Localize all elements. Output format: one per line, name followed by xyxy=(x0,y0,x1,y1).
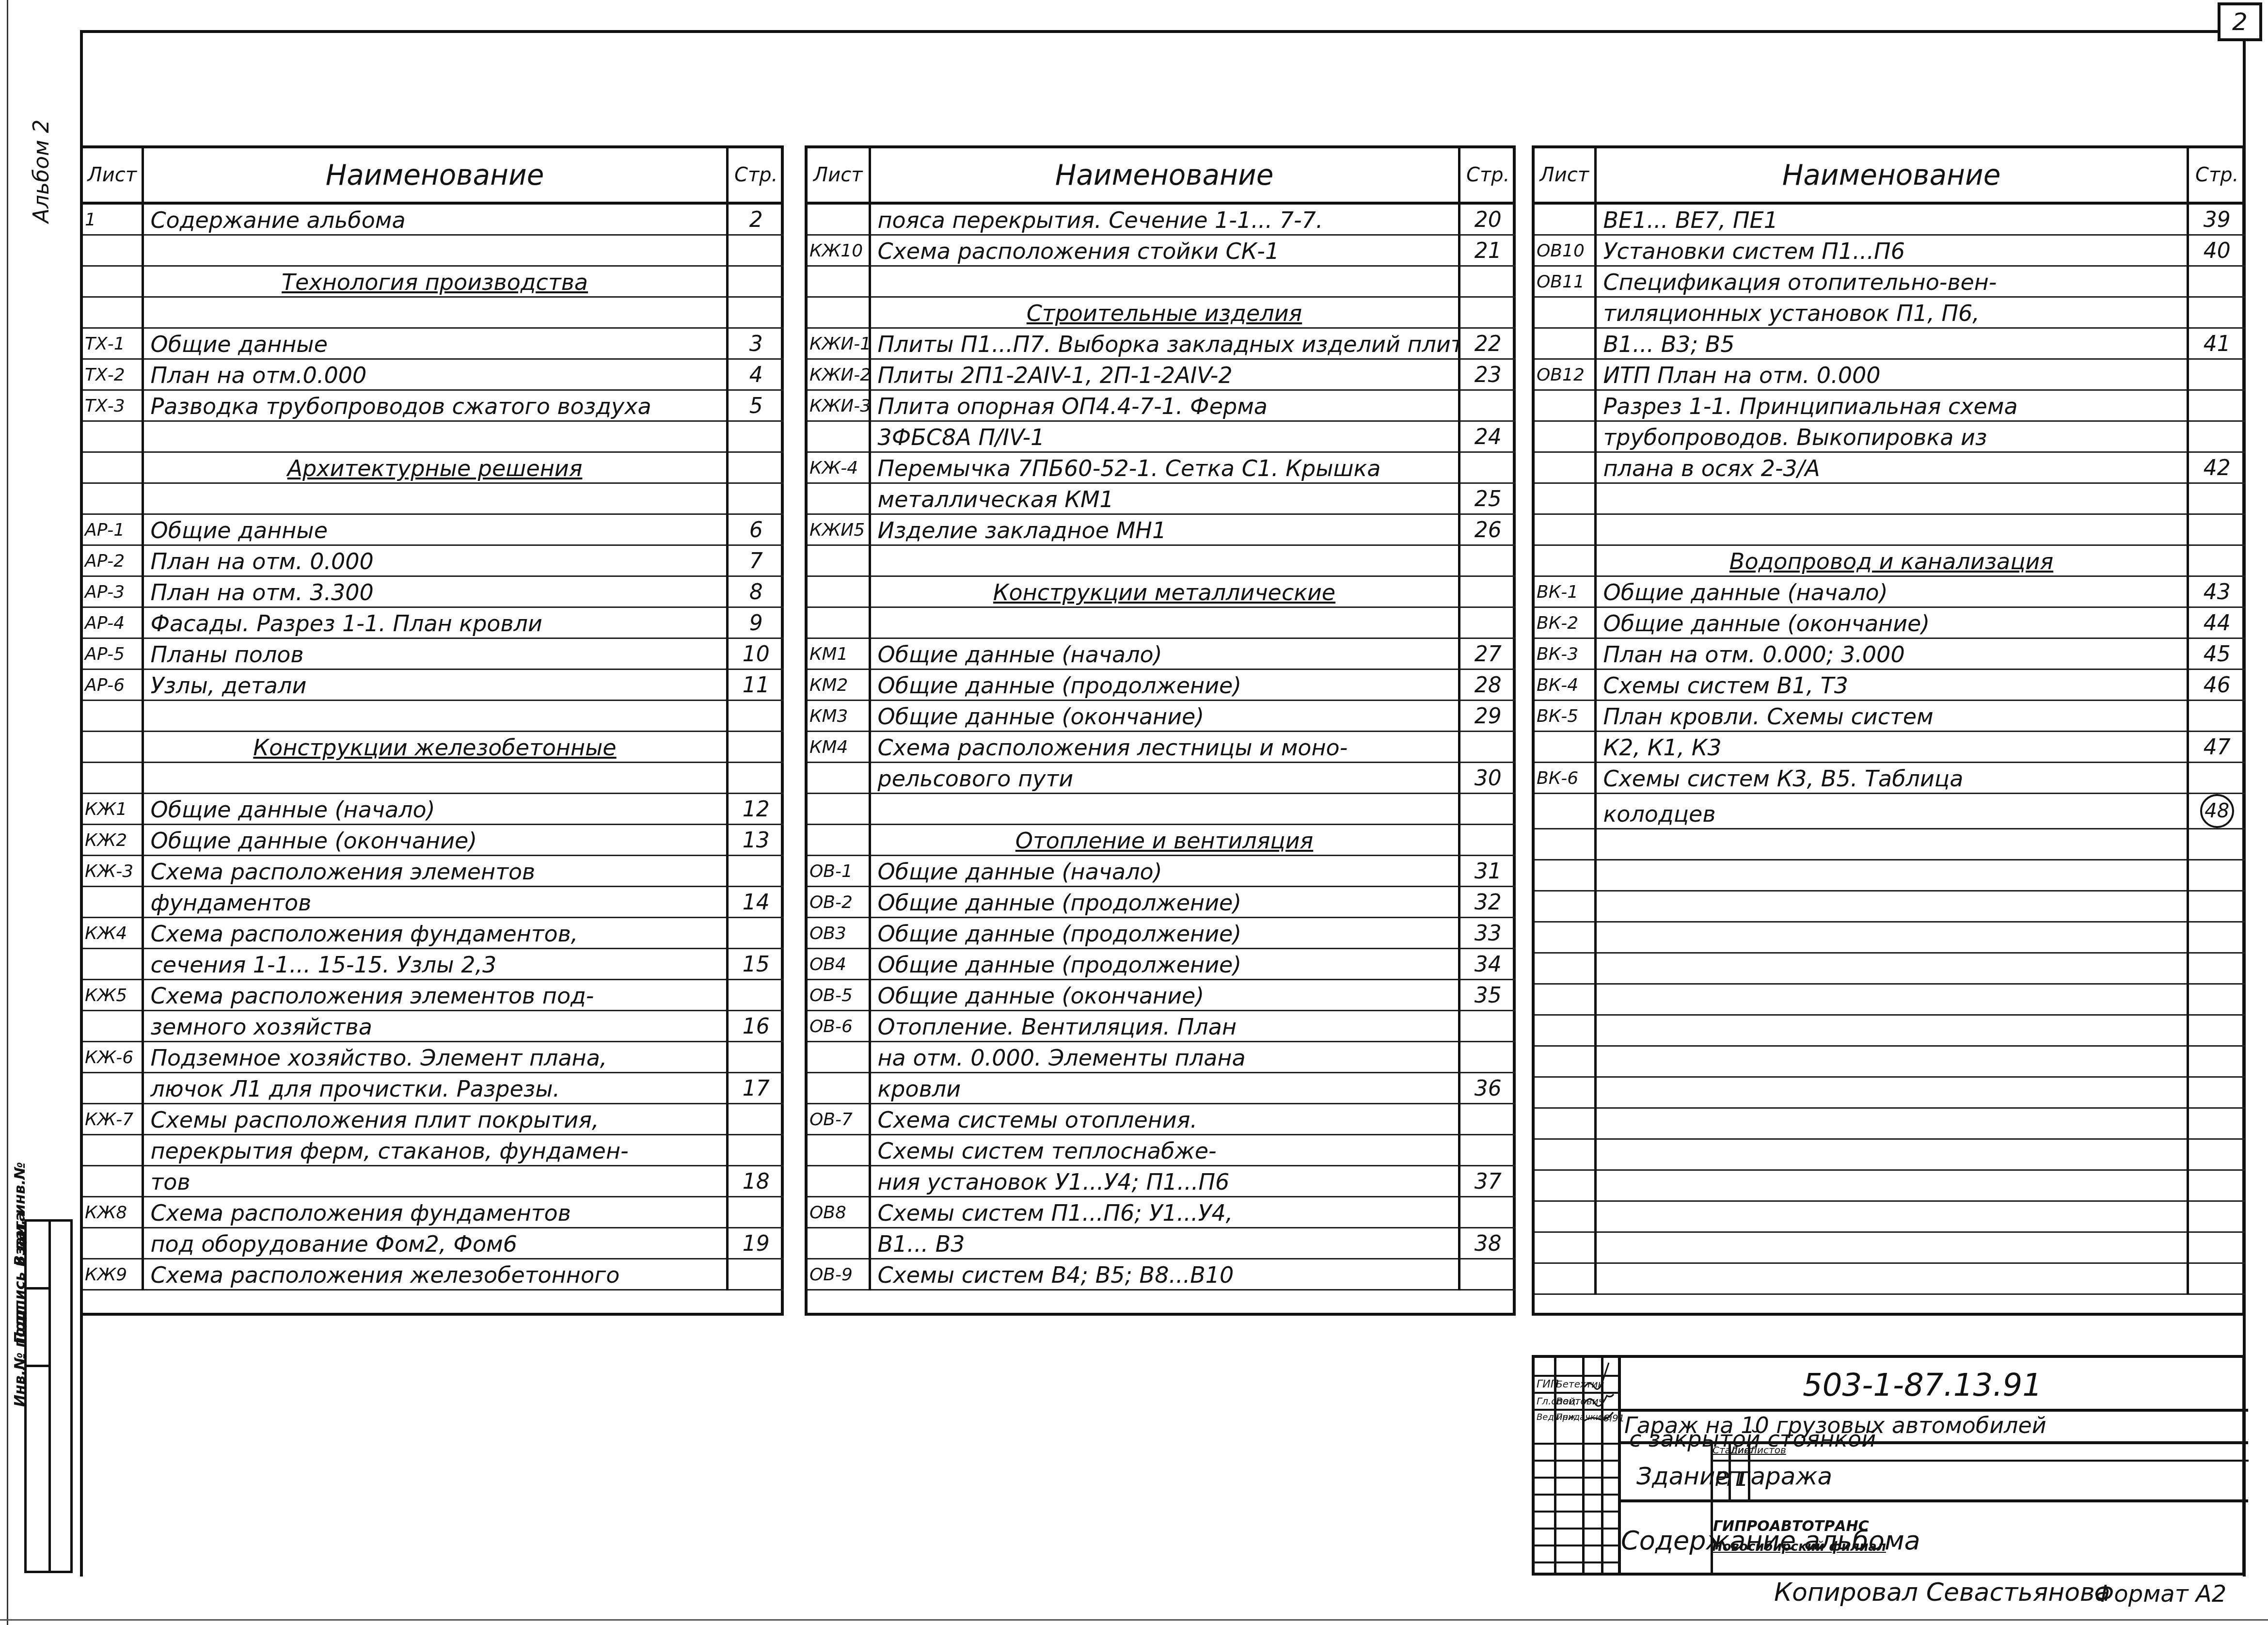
table-row: ТХ-1Общие данные3 xyxy=(83,328,784,359)
page-number-cell xyxy=(727,297,784,328)
item-name-cell: Общие данные xyxy=(143,328,727,359)
page-number-cell xyxy=(1459,297,1516,328)
table-row: ВК-4Схемы систем В1, Т346 xyxy=(1535,669,2245,701)
table-row: АР-4Фасады. Разрез 1-1. План кровли9 xyxy=(83,607,784,638)
table-row: КЖ-4Перемычка 7ПБ60-52-1. Сетка С1. Крыш… xyxy=(808,452,1516,483)
margin-stamp: Взам. инв.№ Подпись и дата Инв.№ подл. xyxy=(24,1219,73,1573)
page-number-cell xyxy=(1459,266,1516,297)
table-row: В1... В3; В541 xyxy=(1535,328,2245,359)
page-number-cell xyxy=(1459,1259,1516,1290)
sheet-code-cell xyxy=(83,887,143,918)
tb-hline xyxy=(1535,1528,1618,1529)
item-name-cell xyxy=(143,297,727,328)
page-number-cell: 47 xyxy=(2188,732,2245,763)
item-name-cell: плана в осях 2-3/А xyxy=(1595,452,2188,483)
table-row xyxy=(1535,984,2245,1015)
sheet-code-cell: ВК-5 xyxy=(1535,701,1595,732)
item-name-cell: Разрез 1-1. Принципиальная схема xyxy=(1595,390,2188,421)
page-number-cell: 12 xyxy=(727,794,784,825)
page-number-cell xyxy=(2188,1046,2245,1077)
page-number-cell xyxy=(727,1104,784,1135)
page-number-cell xyxy=(1459,1011,1516,1042)
page-number-cell xyxy=(2188,1201,2245,1232)
item-name-cell xyxy=(143,483,727,514)
table-row xyxy=(1535,1232,2245,1263)
page-number-cell: 45 xyxy=(2188,638,2245,669)
sheet-code-cell: ОВ-5 xyxy=(808,980,870,1011)
table-row xyxy=(83,763,784,794)
page-number-cell xyxy=(2188,266,2245,297)
sheet-code-cell xyxy=(83,452,143,483)
page-number-cell: 31 xyxy=(1459,856,1516,887)
item-name-cell: Общие данные (начало) xyxy=(870,856,1459,887)
page-number-cell xyxy=(1459,1042,1516,1073)
sheet-code-cell: КЖ1 xyxy=(83,794,143,825)
table-row: колодцев48 xyxy=(1535,794,2245,829)
sheet-code-cell xyxy=(808,266,870,297)
item-name-cell: Схема расположения фундаментов, xyxy=(143,918,727,949)
item-name-cell: Общие данные (продолжение) xyxy=(870,887,1459,918)
tb-hline xyxy=(1535,1477,1618,1479)
item-name-cell xyxy=(1595,1139,2188,1170)
sheet-code-cell xyxy=(808,1166,870,1197)
item-name-cell: Содержание альбома xyxy=(143,203,727,235)
page-number-cell: 34 xyxy=(1459,949,1516,980)
col-header-sheet: Лист xyxy=(808,148,870,203)
table-row: ОВ12ИТП План на отм. 0.000 xyxy=(1535,359,2245,390)
table-row xyxy=(1535,1077,2245,1108)
item-name-cell xyxy=(1595,1201,2188,1232)
page-number-cell: 24 xyxy=(1459,421,1516,452)
sheet-code-cell: ОВ8 xyxy=(808,1197,870,1228)
table-row xyxy=(1535,1015,2245,1046)
sheet-code-cell: АР-6 xyxy=(83,669,143,701)
table-row: КЖ10Схема расположения стойки СК-121 xyxy=(808,235,1516,266)
item-name-cell: Общие данные (продолжение) xyxy=(870,949,1459,980)
table-row: под оборудование Фом2, Фом619 xyxy=(83,1228,784,1259)
stamp-divider xyxy=(48,1222,51,1571)
sheet-label: Лист xyxy=(1730,1444,1748,1456)
sheet-code-cell xyxy=(1535,328,1595,359)
item-name-cell: земного хозяйства xyxy=(143,1011,727,1042)
sheet-code-cell: ВК-4 xyxy=(1535,669,1595,701)
page-number-cell: 15 xyxy=(727,949,784,980)
page-number-cell: 32 xyxy=(1459,887,1516,918)
sheet-code-cell xyxy=(83,701,143,732)
item-name-cell: Схема расположения лестницы и моно- xyxy=(870,732,1459,763)
sheet-code-cell: КЖ-7 xyxy=(83,1104,143,1135)
item-name-cell: Схемы систем П1...П6; У1...У4, xyxy=(870,1197,1459,1228)
item-name-cell: К2, К1, К3 xyxy=(1595,732,2188,763)
item-name-cell: трубопроводов. Выкопировка из xyxy=(1595,421,2188,452)
table-row xyxy=(1535,1263,2245,1294)
toc-table-3: Лист Наименование Стр. ВЕ1... ВЕ7, ПЕ139… xyxy=(1532,145,2245,1316)
item-name-cell: Схема расположения элементов xyxy=(143,856,727,887)
table-row: ОВ-6Отопление. Вентиляция. План xyxy=(808,1011,1516,1042)
table-row: фундаментов14 xyxy=(83,887,784,918)
sheet-code-cell xyxy=(83,949,143,980)
table-row: В1... В338 xyxy=(808,1228,1516,1259)
item-name-cell: Узлы, детали xyxy=(143,669,727,701)
sheet-edge-bottom xyxy=(0,1619,2268,1621)
page-number-cell xyxy=(2188,860,2245,891)
table-row: кровли36 xyxy=(808,1073,1516,1104)
table-row: К2, К1, К347 xyxy=(1535,732,2245,763)
page-number-cell xyxy=(2188,1077,2245,1108)
item-name-cell: Схемы систем теплоснабже- xyxy=(870,1135,1459,1166)
stamp-cell-signature-date: Подпись и дата xyxy=(27,1290,48,1367)
item-name-cell: кровли xyxy=(870,1073,1459,1104)
sheet-code-cell xyxy=(808,483,870,514)
table-row: АР-1Общие данные6 xyxy=(83,514,784,545)
sheet-code-cell xyxy=(1535,1108,1595,1139)
page-number-cell xyxy=(2188,891,2245,922)
table-row: КЖ9Схема расположения железобетонного xyxy=(83,1259,784,1290)
sheet-code-cell: КЖИ-2 xyxy=(808,359,870,390)
section-heading-row: Отопление и вентиляция xyxy=(808,825,1516,856)
table-row xyxy=(1535,1201,2245,1232)
section-heading-row: Водопровод и канализация xyxy=(1535,545,2245,576)
page-number-cell: 3 xyxy=(727,328,784,359)
sheet-code-cell: ОВ-6 xyxy=(808,1011,870,1042)
page-number-cell: 4 xyxy=(727,359,784,390)
table-row: ВК-3План на отм. 0.000; 3.00045 xyxy=(1535,638,2245,669)
sheet-code-cell xyxy=(1535,1077,1595,1108)
table-row: ния установок У1...У4; П1...П637 xyxy=(808,1166,1516,1197)
table-row: КЖ5Схема расположения элементов под- xyxy=(83,980,784,1011)
sheet-code-cell: ВК-2 xyxy=(1535,607,1595,638)
page-number-cell xyxy=(1459,732,1516,763)
item-name-cell: Схемы систем В1, Т3 xyxy=(1595,669,2188,701)
table-row: ОВ11Спецификация отопительно-вен- xyxy=(1535,266,2245,297)
section-heading-row: Конструкции металлические xyxy=(808,576,1516,607)
item-name-cell: Перемычка 7ПБ60-52-1. Сетка С1. Крышка xyxy=(870,452,1459,483)
table-row: КЖИ-1Плиты П1...П7. Выборка закладных из… xyxy=(808,328,1516,359)
sheet-code-cell: ОВ3 xyxy=(808,918,870,949)
page-number-cell xyxy=(1459,794,1516,825)
sheet-code-cell xyxy=(808,763,870,794)
item-name-cell: рельсового пути xyxy=(870,763,1459,794)
album-label: Альбом 2 xyxy=(29,120,54,223)
sheet-code-cell xyxy=(808,825,870,856)
sheet-code-cell: КЖ-3 xyxy=(83,856,143,887)
page-number-cell xyxy=(2188,763,2245,794)
table-row: КМ2Общие данные (продолжение)28 xyxy=(808,669,1516,701)
item-name-cell: на отм. 0.000. Элементы плана xyxy=(870,1042,1459,1073)
table-row: КЖ4Схема расположения фундаментов, xyxy=(83,918,784,949)
table-row: лючок Л1 для прочистки. Разрезы.17 xyxy=(83,1073,784,1104)
sheet-code-cell: КЖ4 xyxy=(83,918,143,949)
sheet-code-cell: ТХ-1 xyxy=(83,328,143,359)
item-name-cell: Общие данные (окончание) xyxy=(870,980,1459,1011)
table-row: ОВ-7Схема системы отопления. xyxy=(808,1104,1516,1135)
page-number-cell xyxy=(2188,297,2245,328)
item-name-cell xyxy=(1595,1046,2188,1077)
page-number-cell xyxy=(2188,1170,2245,1201)
sheet-code-cell: АР-2 xyxy=(83,545,143,576)
table-row: АР-5Планы полов10 xyxy=(83,638,784,669)
sheet-code-cell xyxy=(1535,390,1595,421)
section-heading-row: Конструкции железобетонные xyxy=(83,732,784,763)
section-title: Технология производства xyxy=(143,266,727,297)
item-name-cell: Схемы систем В4; В5; В8...В10 xyxy=(870,1259,1459,1290)
item-name-cell xyxy=(143,701,727,732)
item-name-cell: Общие данные (начало) xyxy=(143,794,727,825)
table-row xyxy=(1535,1046,2245,1077)
table-row: КЖ-6Подземное хозяйство. Элемент плана, xyxy=(83,1042,784,1073)
table-row xyxy=(1535,860,2245,891)
sheet-code-cell xyxy=(808,794,870,825)
section-heading-row: Архитектурные решения xyxy=(83,452,784,483)
table-row xyxy=(83,297,784,328)
page-number-cell xyxy=(2188,1263,2245,1294)
table-row xyxy=(1535,891,2245,922)
section-title: Конструкции металлические xyxy=(870,576,1459,607)
page-number-cell xyxy=(2188,953,2245,984)
sheet-code-cell xyxy=(1535,514,1595,545)
table-row: сечения 1-1... 15-15. Узлы 2,315 xyxy=(83,949,784,980)
table-row: Схемы систем теплоснабже- xyxy=(808,1135,1516,1166)
sheet-code-cell xyxy=(808,1135,870,1166)
tb-hline xyxy=(1535,1443,1618,1445)
sheet-code-cell xyxy=(83,297,143,328)
sheet-code-cell: КЖ8 xyxy=(83,1197,143,1228)
page-number-cell xyxy=(2188,1015,2245,1046)
page-number-cell xyxy=(2188,421,2245,452)
item-name-cell xyxy=(870,607,1459,638)
tb-hline xyxy=(1535,1494,1618,1496)
table-row: ОВ10Установки систем П1...П640 xyxy=(1535,235,2245,266)
sheet-code-cell xyxy=(1535,984,1595,1015)
sheet-code-cell xyxy=(808,1042,870,1073)
sheet-code-cell xyxy=(1535,922,1595,953)
table-row: ОВ4Общие данные (продолжение)34 xyxy=(808,949,1516,980)
page-number-cell: 30 xyxy=(1459,763,1516,794)
page-number-cell: 25 xyxy=(1459,483,1516,514)
stamp-cell-replaced-inv: Взам. инв.№ xyxy=(27,1222,48,1290)
table-row: КЖ-3Схема расположения элементов xyxy=(83,856,784,887)
item-name-cell xyxy=(143,235,727,266)
page-number-cell xyxy=(2188,545,2245,576)
sheet-code-cell: АР-1 xyxy=(83,514,143,545)
item-name-cell: Схема расположения железобетонного xyxy=(143,1259,727,1290)
page-number-cell: 35 xyxy=(1459,980,1516,1011)
item-name-cell: Общие данные (начало) xyxy=(870,638,1459,669)
item-name-cell xyxy=(1595,1263,2188,1294)
document-code: 503-1-87.13.91 xyxy=(1680,1368,2165,1403)
table-row xyxy=(1535,483,2245,514)
col-header-page: Стр. xyxy=(727,148,784,203)
item-name-cell xyxy=(1595,891,2188,922)
item-name-cell: пояса перекрытия. Сечение 1-1... 7-7. xyxy=(870,203,1459,235)
sheet-code-cell: АР-3 xyxy=(83,576,143,607)
item-name-cell: Общие данные (окончание) xyxy=(870,701,1459,732)
sheet-number: 2 xyxy=(2218,2,2262,41)
item-name-cell xyxy=(1595,984,2188,1015)
section-title: Конструкции железобетонные xyxy=(143,732,727,763)
page-number-cell: 7 xyxy=(727,545,784,576)
tb-hline xyxy=(1535,1561,1618,1563)
organization-line1: ГИПРОАВТОТРАНС xyxy=(1713,1518,1869,1535)
page-number-cell: 19 xyxy=(727,1228,784,1259)
table-row xyxy=(808,794,1516,825)
title-block: ГИП Бетехтин Гл.спец. Войтович Вед.инж. … xyxy=(1532,1355,2245,1576)
table-row: ОВ-9Схемы систем В4; В5; В8...В10 xyxy=(808,1259,1516,1290)
page-number-cell xyxy=(727,483,784,514)
page-number-cell: 43 xyxy=(2188,576,2245,607)
sheet-code-cell: КМ3 xyxy=(808,701,870,732)
sheet-format: Формат А2 xyxy=(2094,1580,2226,1608)
table-row xyxy=(83,235,784,266)
page-number-cell: 11 xyxy=(727,669,784,701)
page-number-cell xyxy=(2188,922,2245,953)
table-row: на отм. 0.000. Элементы плана xyxy=(808,1042,1516,1073)
table-row: тов18 xyxy=(83,1166,784,1197)
sheet-code-cell: ОВ-2 xyxy=(808,887,870,918)
item-name-cell: лючок Л1 для прочистки. Разрезы. xyxy=(143,1073,727,1104)
section-title: Архитектурные решения xyxy=(143,452,727,483)
sheet-code-cell: ВК-1 xyxy=(1535,576,1595,607)
page-number-cell: 23 xyxy=(1459,359,1516,390)
sheet-code-cell xyxy=(1535,891,1595,922)
table-row xyxy=(83,483,784,514)
item-name-cell: Плиты 2П1-2АIV-1, 2П-1-2АIV-2 xyxy=(870,359,1459,390)
page-number-cell xyxy=(727,918,784,949)
toc-table-2: Лист Наименование Стр. пояса перекрытия.… xyxy=(805,145,1516,1316)
item-name-cell: Схема системы отопления. xyxy=(870,1104,1459,1135)
item-name-cell: фундаментов xyxy=(143,887,727,918)
page-number-cell: 10 xyxy=(727,638,784,669)
table-row xyxy=(1535,829,2245,860)
table-row: ВК-1Общие данные (начало)43 xyxy=(1535,576,2245,607)
tb-hline xyxy=(1535,1511,1618,1513)
sheet-code-cell xyxy=(1535,1170,1595,1201)
table-row: тиляционных установок П1, П6, xyxy=(1535,297,2245,328)
table-row: КЖ8Схема расположения фундаментов xyxy=(83,1197,784,1228)
item-name-cell: Схема расположения фундаментов xyxy=(143,1197,727,1228)
sheet-code-cell xyxy=(1535,1046,1595,1077)
item-name-cell xyxy=(1595,483,2188,514)
sheet-code-cell xyxy=(1535,794,1595,829)
page-number-cell: 29 xyxy=(1459,701,1516,732)
page-number-cell: 18 xyxy=(727,1166,784,1197)
page-number-cell: 48 xyxy=(2188,794,2245,829)
sheet-code-cell xyxy=(83,1135,143,1166)
sheet-code-cell xyxy=(83,266,143,297)
page-number-cell: 46 xyxy=(2188,669,2245,701)
page-number-cell: 2 xyxy=(727,203,784,235)
copied-by-note: Копировал Севастьянова xyxy=(1774,1578,2110,1607)
page-number-cell xyxy=(1459,1104,1516,1135)
page-number-cell xyxy=(727,1042,784,1073)
table-row: плана в осях 2-3/А42 xyxy=(1535,452,2245,483)
page-number-cell xyxy=(1459,390,1516,421)
signatory-role: ГИП xyxy=(1537,1378,1558,1390)
table-row: металлическая КМ125 xyxy=(808,483,1516,514)
page-number-cell: 22 xyxy=(1459,328,1516,359)
item-name-cell: под оборудование Фом2, Фом6 xyxy=(143,1228,727,1259)
sheet-code-cell xyxy=(1535,297,1595,328)
item-name-cell xyxy=(870,545,1459,576)
sheet-code-cell: ВК-6 xyxy=(1535,763,1595,794)
table-row: ТХ-2План на отм.0.0004 xyxy=(83,359,784,390)
item-name-cell: Разводка трубопроводов сжатого воздуха xyxy=(143,390,727,421)
item-name-cell xyxy=(1595,922,2188,953)
page-number-cell: 26 xyxy=(1459,514,1516,545)
page-number-cell: 33 xyxy=(1459,918,1516,949)
page-number-cell xyxy=(1459,545,1516,576)
table-row: ОВ3Общие данные (продолжение)33 xyxy=(808,918,1516,949)
page-number-cell xyxy=(727,452,784,483)
page-number-cell xyxy=(2188,1232,2245,1263)
item-name-cell: колодцев xyxy=(1595,794,2188,829)
col-header-name: Наименование xyxy=(143,148,727,203)
table-row: АР-2План на отм. 0.0007 xyxy=(83,545,784,576)
table-row: перекрытия ферм, стаканов, фундамен- xyxy=(83,1135,784,1166)
sheet-code-cell: 1 xyxy=(83,203,143,235)
item-name-cell: Общие данные (начало) xyxy=(1595,576,2188,607)
sheet-code-cell: ОВ12 xyxy=(1535,359,1595,390)
table-row: ОВ-5Общие данные (окончание)35 xyxy=(808,980,1516,1011)
sheet-code-cell xyxy=(83,1228,143,1259)
sheet-code-cell: ОВ-1 xyxy=(808,856,870,887)
item-name-cell: Схема расположения стойки СК-1 xyxy=(870,235,1459,266)
page-number-cell xyxy=(727,1197,784,1228)
sheet-code-cell xyxy=(1535,732,1595,763)
page-number-cell xyxy=(2188,701,2245,732)
page-number-cell xyxy=(1459,1135,1516,1166)
table-row: АР-3План на отм. 3.3008 xyxy=(83,576,784,607)
item-name-cell: 3ФБС8А П/IV-1 xyxy=(870,421,1459,452)
page-number-cell: 36 xyxy=(1459,1073,1516,1104)
sheet-code-cell xyxy=(808,1073,870,1104)
item-name-cell: План кровли. Схемы систем xyxy=(1595,701,2188,732)
sheet-code-cell xyxy=(1535,452,1595,483)
page-number-cell xyxy=(2188,359,2245,390)
stamp-cell-original-inv: Инв.№ подл. xyxy=(27,1367,48,1428)
table-row xyxy=(1535,1108,2245,1139)
table-row: ВК-2Общие данные (окончание)44 xyxy=(1535,607,2245,638)
page-number-cell: 39 xyxy=(2188,203,2245,235)
page-number-cell: 14 xyxy=(727,887,784,918)
sheet-code-cell: КЖ9 xyxy=(83,1259,143,1290)
item-name-cell: Общие данные (продолжение) xyxy=(870,669,1459,701)
page-number-cell: 21 xyxy=(1459,235,1516,266)
sheet-code-cell xyxy=(1535,421,1595,452)
sheet-code-cell xyxy=(808,421,870,452)
sheet-code-cell: КЖ2 xyxy=(83,825,143,856)
page-number-cell xyxy=(2188,390,2245,421)
table-row: КЖИ-3Плита опорная ОП4.4-7-1. Ферма xyxy=(808,390,1516,421)
page-number-cell: 13 xyxy=(727,825,784,856)
page-number-cell: 42 xyxy=(2188,452,2245,483)
table-row xyxy=(83,421,784,452)
item-name-cell: Общие данные (окончание) xyxy=(1595,607,2188,638)
item-name-cell: Общие данные (окончание) xyxy=(143,825,727,856)
page-number-cell xyxy=(727,763,784,794)
table-row: 1Содержание альбома2 xyxy=(83,203,784,235)
col-header-sheet: Лист xyxy=(1535,148,1595,203)
item-name-cell xyxy=(1595,1232,2188,1263)
toc-table-1: Лист Наименование Стр. 1Содержание альбо… xyxy=(80,145,784,1316)
sheet-code-cell xyxy=(83,732,143,763)
tb-hline xyxy=(1618,1409,2248,1412)
item-name-cell: План на отм. 0.000 xyxy=(143,545,727,576)
sheet-code-cell xyxy=(808,545,870,576)
page-number-cell xyxy=(2188,514,2245,545)
page-number-cell xyxy=(2188,483,2245,514)
sheet-code-cell: КЖ-6 xyxy=(83,1042,143,1073)
